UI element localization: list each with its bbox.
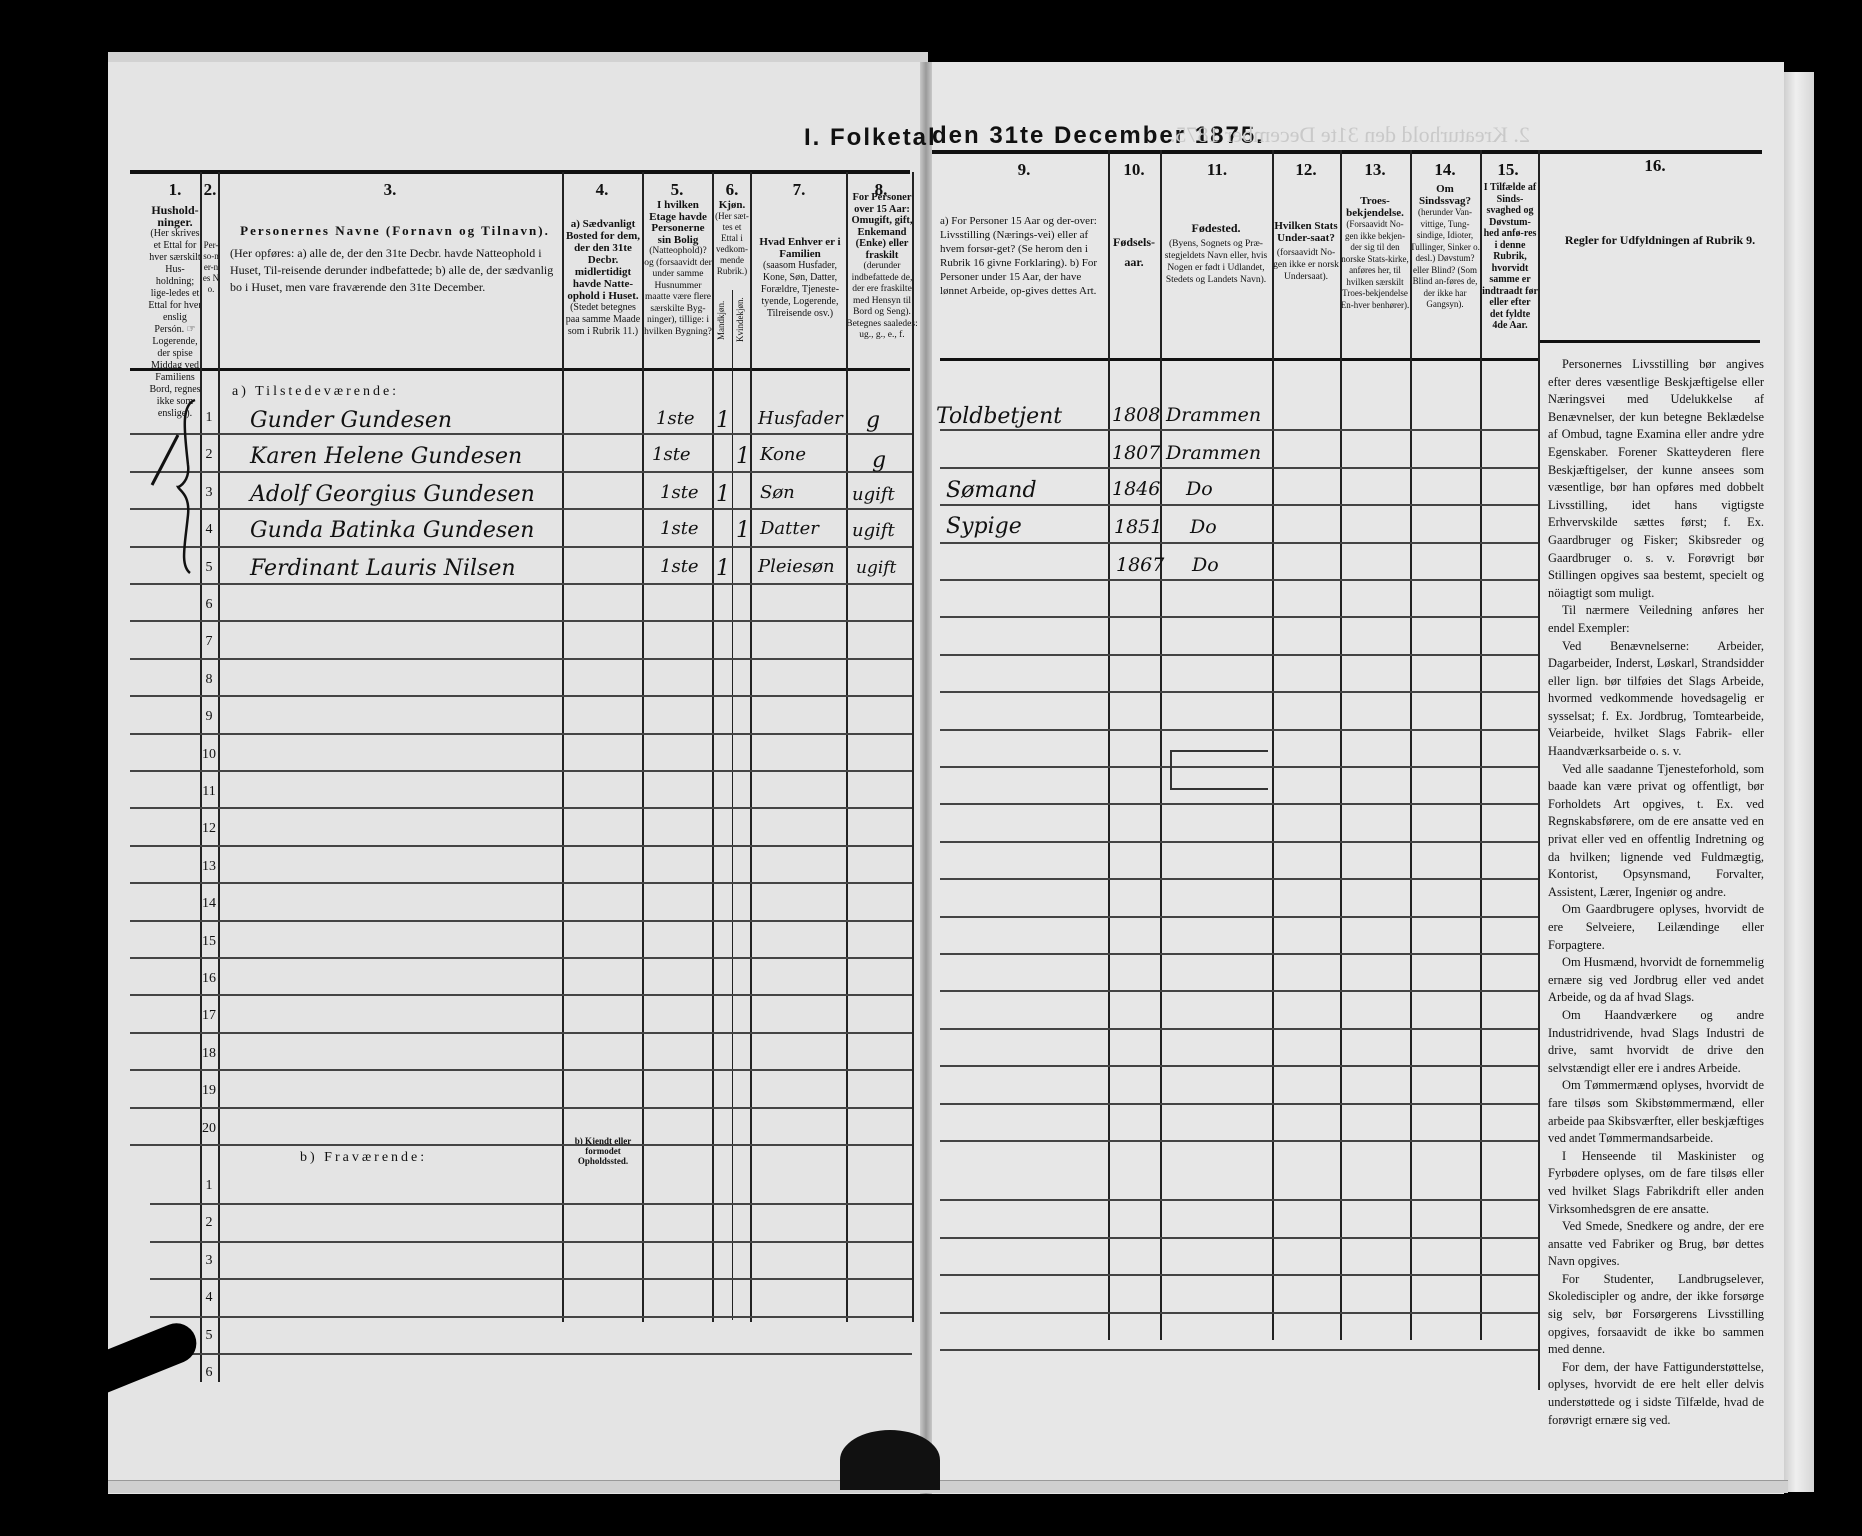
row-line: [130, 807, 912, 809]
row-line: [940, 1065, 1538, 1067]
person-female: 1: [736, 518, 750, 543]
person-occupation: Sømand: [946, 478, 1037, 503]
row-line: [130, 1144, 912, 1146]
person-role: Kone: [760, 444, 806, 465]
row-line: [940, 729, 1538, 731]
header-bottom-rule-right: [940, 358, 1540, 361]
col-header-12: Hvilken Stats Under-saat? (forsaavidt No…: [1272, 220, 1340, 283]
row-line: [940, 841, 1538, 843]
absent-row-number: 6: [199, 1365, 219, 1381]
col-divider: [1340, 150, 1342, 1340]
col-number-16: 16.: [1540, 156, 1770, 176]
person-birthplace: Drammen: [1166, 404, 1261, 426]
col-header-16: Regler for Udfyldningen af Rubrik 9.: [1560, 228, 1760, 252]
rules-paragraph: Ved Smede, Snedkere og andre, der ere an…: [1548, 1218, 1764, 1271]
absent-row-number: 1: [199, 1178, 219, 1194]
row-number: 11: [199, 784, 219, 800]
row-line: [130, 658, 912, 660]
col-header-6-text: (Her sæt-tes et Ettal i vedkom-mende Rub…: [715, 211, 749, 276]
col-divider: [1272, 150, 1274, 1340]
page-edge-bottom: [108, 1480, 1788, 1493]
person-birthplace: Do: [1192, 554, 1219, 576]
row-line: [940, 504, 1538, 506]
person-civil-status: ugift: [852, 484, 895, 505]
col-divider: [912, 172, 914, 1322]
col-header-1-title: Hushold-ninger.: [148, 204, 202, 228]
col-header-4-text: (Stedet betegnes paa samme Maade som i R…: [566, 302, 640, 337]
col-header-5-title: I hvilken Etage havde Personerne sin Bol…: [644, 200, 712, 246]
col-header-3: Personernes Navne (Fornavn og Tilnavn). …: [230, 222, 560, 296]
col-divider: [1410, 150, 1412, 1340]
rules-paragraph: Til nærmere Veiledning anføres her endel…: [1548, 602, 1764, 637]
person-name: Ferdinant Lauris Nilsen: [250, 556, 516, 581]
col-number-15: 15.: [1480, 160, 1536, 180]
rules-paragraph: Personernes Livsstilling bør angives eft…: [1548, 356, 1764, 602]
col-divider: [642, 172, 644, 1322]
col-header-10: Fødsels-aar.: [1108, 232, 1160, 272]
col-number-12: 12.: [1272, 160, 1340, 180]
col-header-14-text: (herunder Van-vittige, Tung-sindige, Idi…: [1410, 207, 1480, 309]
rules-paragraph: Ved alle saadanne Tjenesteforhold, som b…: [1548, 761, 1764, 902]
col-header-11-text: (Byens, Sognets og Præ-stegjeldets Navn …: [1165, 239, 1268, 285]
col-header-7-title: Hvad Enhver er i Familien: [754, 236, 846, 260]
person-floor: 1ste: [656, 408, 695, 429]
col-header-1: Hushold-ninger. (Her skrives et Ettal fo…: [148, 204, 202, 420]
header-bottom-rule-left: [130, 368, 910, 371]
col-header-13: Troes-bekjendelse. (Forsaavidt No-gen ik…: [1340, 196, 1410, 311]
col-header-4: a) Sædvanligt Bosted for dem, der den 31…: [564, 218, 642, 338]
rules-paragraph: Om Husmænd, hvorvidt de fornemmelig ernæ…: [1548, 954, 1764, 1007]
row-number: 16: [199, 971, 219, 987]
col-number-14: 14.: [1410, 160, 1480, 180]
row-number: 13: [199, 859, 219, 875]
col-header-12-title: Hvilken Stats Under-saat?: [1272, 220, 1340, 244]
row-line: [940, 1199, 1538, 1201]
row-number: 9: [199, 709, 219, 725]
row-line: [940, 654, 1538, 656]
person-role: Søn: [760, 482, 795, 503]
row-line: [940, 1274, 1538, 1276]
row-line: [150, 1278, 912, 1280]
col16-header-rule: [1540, 340, 1760, 343]
row-line: [940, 878, 1538, 880]
person-civil-status: g: [866, 408, 880, 433]
row-line: [940, 691, 1538, 693]
row-line: [130, 1032, 912, 1034]
person-role: Pleiesøn: [758, 556, 835, 577]
person-birthplace: Do: [1186, 478, 1213, 500]
row-line: [940, 429, 1538, 431]
row-line: [130, 583, 912, 585]
row-line: [130, 770, 912, 772]
absent-row-number: 3: [199, 1253, 219, 1269]
col-divider: [712, 172, 714, 1322]
absent-row-number: 2: [199, 1215, 219, 1231]
row-number: 7: [199, 634, 219, 650]
person-floor: 1ste: [660, 482, 699, 503]
col-header-9: a) For Personer 15 Aar og der-over: Livs…: [940, 214, 1106, 298]
col-header-5: I hvilken Etage havde Personerne sin Bol…: [644, 200, 712, 338]
person-birth-year: 1867: [1116, 554, 1164, 576]
col-number-2: 2.: [200, 180, 220, 200]
person-civil-status: g: [872, 448, 886, 473]
person-floor: 1ste: [660, 518, 699, 539]
row-line: [150, 1203, 912, 1205]
col-number-7: 7.: [752, 180, 846, 200]
row-line: [130, 546, 912, 548]
rules-paragraph: For dem, der have Fattigunderstøttelse, …: [1548, 1359, 1764, 1429]
rules-paragraph: I Henseende til Maskinister og Fyrbødere…: [1548, 1148, 1764, 1218]
row-line: [130, 1069, 912, 1071]
row-line: [940, 542, 1538, 544]
section-absent-label: b) Fraværende:: [300, 1150, 427, 1166]
col-divider: [200, 172, 202, 1382]
row-line: [150, 1316, 912, 1318]
person-birth-year: 1807: [1112, 442, 1160, 464]
person-name: Adolf Georgius Gundesen: [250, 482, 535, 507]
person-floor: 1ste: [652, 444, 691, 465]
person-birthplace: Drammen: [1166, 442, 1261, 464]
row-number: 14: [199, 896, 219, 912]
col-number-5: 5.: [642, 180, 712, 200]
book-clip-shadow: [840, 1430, 940, 1490]
row-number: 19: [199, 1083, 219, 1099]
rules-paragraph: Om Gaardbrugere oplyses, hvorvidt de ere…: [1548, 901, 1764, 954]
col-number-3: 3.: [220, 180, 560, 200]
row-line: [940, 1140, 1538, 1142]
row-line: [130, 471, 912, 473]
rules-paragraph: For Studenter, Landbrugselever, Skoledis…: [1548, 1271, 1764, 1359]
row-line: [130, 508, 912, 510]
col-header-6-title: Kjøn.: [714, 200, 750, 211]
row-number: 8: [199, 672, 219, 688]
person-civil-status: ugift: [856, 558, 896, 578]
col-divider: [1108, 150, 1110, 1340]
col-divider: [218, 172, 220, 1382]
col-divider: [1160, 150, 1162, 1340]
person-male: 1: [716, 556, 730, 581]
person-occupation: Sypige: [946, 514, 1022, 539]
col-header-7: Hvad Enhver er i Familien (saasom Husfad…: [754, 236, 846, 320]
absent-row-number: 4: [199, 1290, 219, 1306]
col-header-6: Kjøn. (Her sæt-tes et Ettal i vedkom-men…: [714, 200, 750, 277]
row-line: [150, 1241, 912, 1243]
row-line: [940, 467, 1538, 469]
person-birthplace: Do: [1190, 516, 1217, 538]
col-divider: [1538, 150, 1540, 1390]
row-line: [130, 882, 912, 884]
row-line: [940, 1103, 1538, 1105]
col-header-8-text: (derunder indbefattede de, der ere frask…: [846, 261, 918, 340]
person-male: 1: [716, 408, 730, 433]
rules-paragraph: Om Haandværkere og andre Industridrivend…: [1548, 1007, 1764, 1077]
row-number: 12: [199, 821, 219, 837]
person-birth-year: 1808: [1112, 404, 1160, 426]
row-line: [940, 1028, 1538, 1030]
row-line: [940, 916, 1538, 918]
row-line: [130, 695, 912, 697]
col-number-11: 11.: [1162, 160, 1272, 180]
header-top-rule-right: [932, 150, 1762, 154]
row-line: [940, 1349, 1538, 1351]
person-civil-status: ugift: [852, 520, 895, 541]
section-present-label: a) Tilstedeværende:: [232, 384, 399, 400]
person-birth-year: 1846: [1112, 478, 1160, 500]
person-floor: 1ste: [660, 556, 699, 577]
col-divider: [732, 290, 733, 1320]
col-header-14: Om Sindssvag? (herunder Van-vittige, Tun…: [1410, 184, 1480, 311]
col-number-13: 13.: [1340, 160, 1410, 180]
person-occupation: Toldbetjent: [936, 404, 1062, 429]
col-header-13-title: Troes-bekjendelse.: [1340, 196, 1410, 219]
col-number-9: 9.: [940, 160, 1108, 180]
col-divider: [1480, 150, 1482, 1340]
person-birth-year: 1851: [1114, 516, 1162, 538]
row-line: [130, 957, 912, 959]
row-number: 15: [199, 934, 219, 950]
row-line: [150, 1353, 912, 1355]
col-header-13-text: (Forsaavidt No-gen ikke bekjen-der sig t…: [1341, 219, 1409, 310]
row-line: [130, 845, 912, 847]
row-line: [130, 733, 912, 735]
col-divider: [562, 172, 564, 1322]
row-number: 10: [199, 747, 219, 763]
col-divider: [750, 172, 752, 1322]
col-header-14-title: Om Sindssvag?: [1410, 184, 1480, 207]
col-header-7-text: (saasom Husfader, Kone, Søn, Datter, For…: [761, 260, 839, 319]
person-female: 1: [736, 444, 750, 469]
col-header-6-female: Kvindekjøn.: [733, 290, 751, 350]
col-header-6-male: Mandkjøn.: [714, 290, 732, 350]
col-number-4: 4.: [562, 180, 642, 200]
person-name: Gunda Batinka Gundesen: [250, 518, 534, 543]
row-line: [940, 990, 1538, 992]
col-header-3-title: Personernes Navne (Fornavn og Tilnavn).: [230, 222, 560, 239]
person-name: Karen Helene Gundesen: [250, 444, 522, 469]
row-line: [130, 994, 912, 996]
absent-row-number: 5: [199, 1328, 219, 1344]
household-brace-icon: [150, 395, 210, 575]
person-name: Gunder Gundesen: [250, 408, 452, 433]
form-title-left: I. Folketal: [804, 124, 937, 152]
row-line: [940, 1312, 1538, 1314]
row-line: [130, 433, 912, 435]
row-line: [940, 953, 1538, 955]
col-header-15: I Tilfælde af Sinds-svaghed og Døvstum-h…: [1482, 182, 1538, 332]
row-line: [940, 616, 1538, 618]
rubrik-16-rules: Personernes Livsstilling bør angives eft…: [1548, 356, 1764, 1429]
row-line: [940, 579, 1538, 581]
person-role: Datter: [760, 518, 819, 539]
col-divider: [846, 172, 848, 1322]
col-number-10: 10.: [1108, 160, 1160, 180]
row-line: [130, 920, 912, 922]
person-role: Husfader: [758, 408, 843, 429]
header-top-rule-left: [130, 170, 910, 174]
bleed-through-text: 2. Kreaturhold den 31te December 1875.: [1170, 122, 1530, 148]
person-male: 1: [716, 482, 730, 507]
col-header-8-title: For Personer over 15 Aar: Omugift, gift,…: [846, 192, 918, 261]
row-number: 18: [199, 1046, 219, 1062]
col-header-4-title: a) Sædvanligt Bosted for dem, der den 31…: [564, 218, 642, 302]
col-header-12-text: (forsaavidt No-gen ikke er norsk Undersa…: [1273, 248, 1339, 282]
col-number-6: 6.: [714, 180, 750, 200]
book-spine: [920, 62, 932, 1494]
inset-box: [1170, 750, 1268, 790]
absent-col4-label: b) Kjendt eller formodet Opholdssted.: [566, 1136, 640, 1166]
col-header-11: Fødested. (Byens, Sognets og Præ-stegjel…: [1162, 222, 1270, 286]
row-number: 20: [199, 1121, 219, 1137]
col-header-5-text: (Natteophold)? og (forsaavidt der under …: [644, 246, 712, 337]
rules-paragraph: Om Tømmermænd oplyses, hvorvidt de fare …: [1548, 1077, 1764, 1147]
col-header-8: For Personer over 15 Aar: Omugift, gift,…: [846, 192, 918, 342]
col-header-1-text: (Her skrives et Ettal for hver særskilt …: [148, 228, 201, 419]
row-number: 17: [199, 1008, 219, 1024]
row-line: [130, 1107, 912, 1109]
row-line: [940, 1237, 1538, 1239]
col-number-1: 1.: [150, 180, 200, 200]
page-edge-right: [1784, 72, 1814, 1492]
col-header-11-title: Fødested.: [1162, 222, 1270, 234]
rules-paragraph: Ved Benævnelserne: Arbeider, Dagarbeider…: [1548, 638, 1764, 761]
row-number: 6: [199, 597, 219, 613]
row-line: [940, 803, 1538, 805]
row-line: [130, 620, 912, 622]
col-header-3-text: (Her opføres: a) alle de, der den 31te D…: [230, 246, 553, 294]
